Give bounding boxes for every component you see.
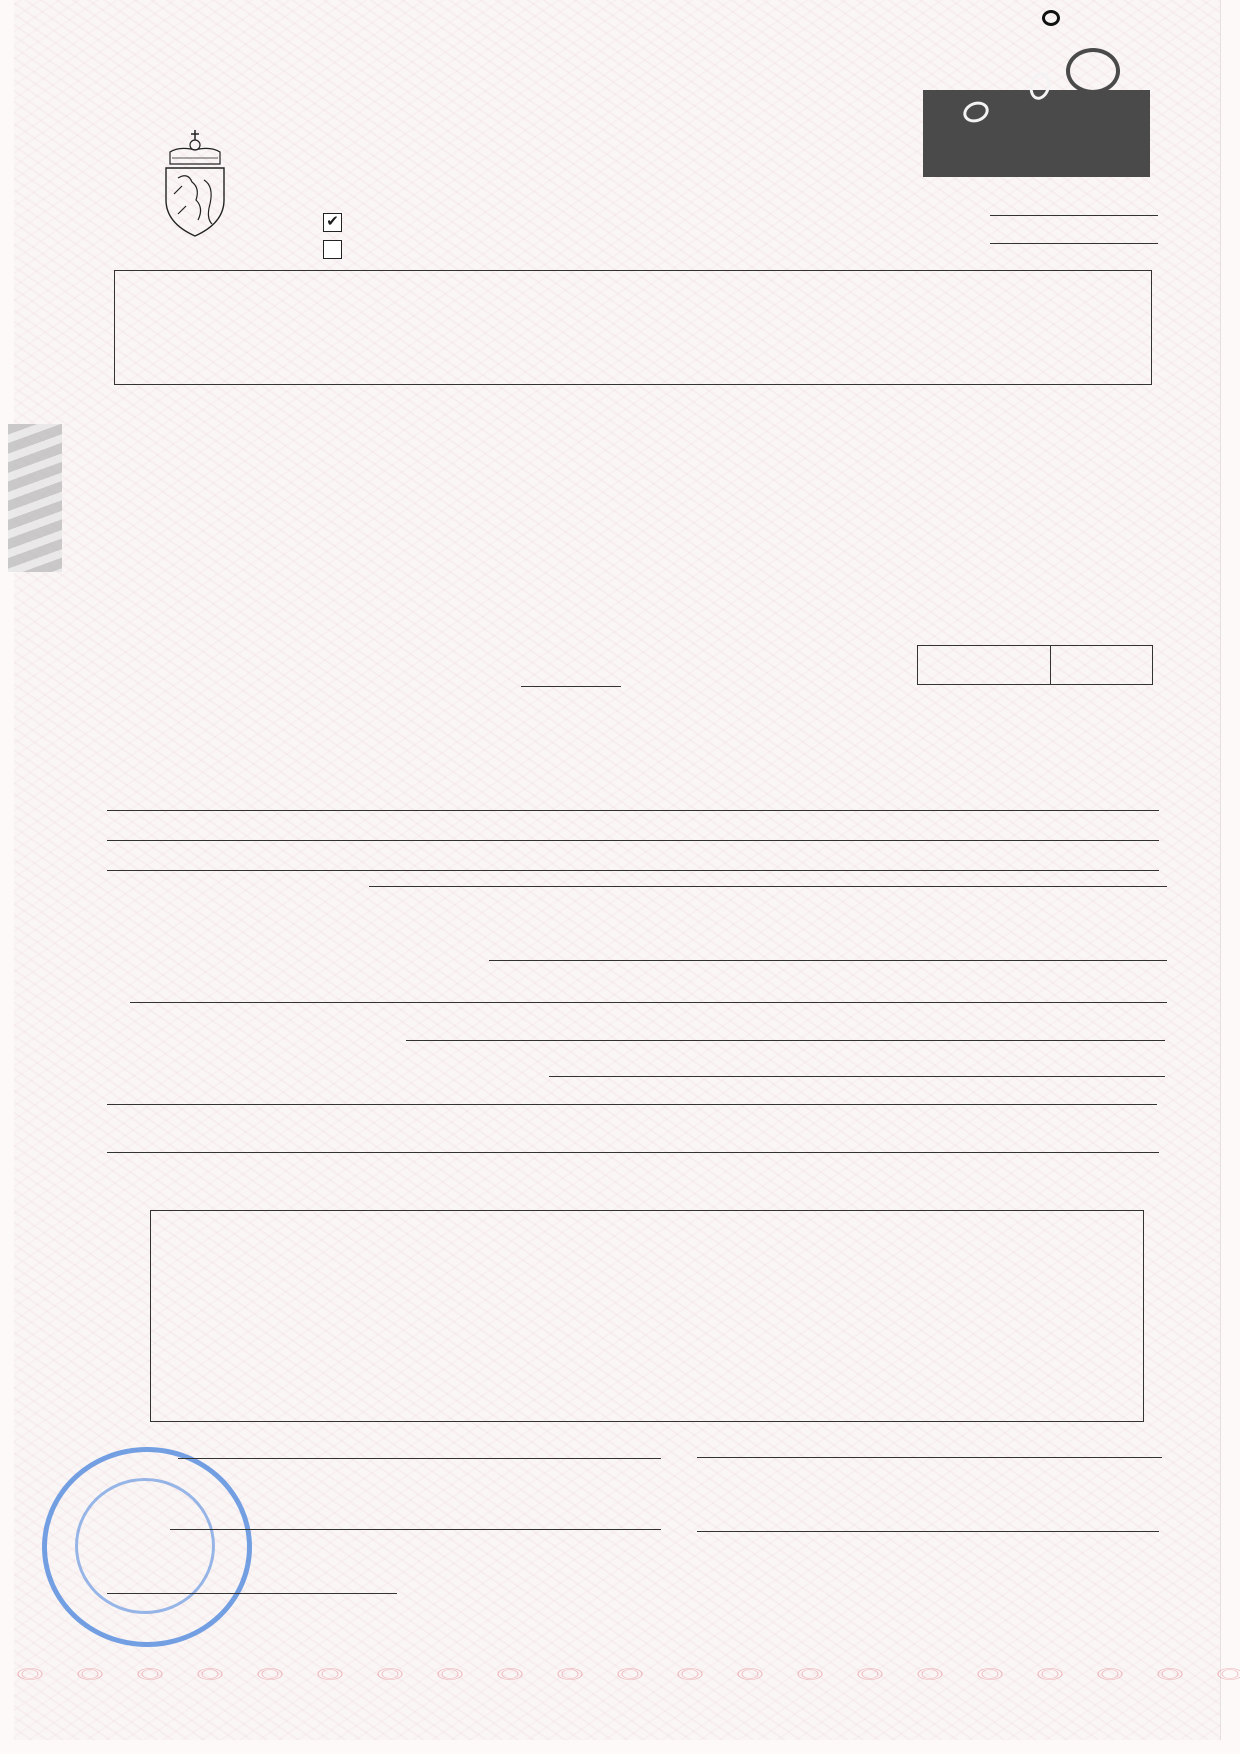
official-stamp	[42, 1447, 252, 1647]
establishment-line-1	[107, 810, 1159, 811]
place-value	[178, 1458, 661, 1459]
establishment-line-2	[107, 840, 1159, 841]
consignor-value	[369, 886, 1167, 887]
bubble-icon	[1042, 10, 1060, 26]
temperature-value	[521, 686, 621, 687]
checkbox-empty-icon[interactable]	[323, 240, 342, 259]
footnote-line	[107, 1593, 397, 1594]
establishment-line-3	[107, 870, 1159, 871]
name-line	[697, 1531, 1159, 1532]
destination-value	[130, 1002, 1167, 1003]
attestation-box	[150, 1210, 1144, 1422]
mattilsynet-logo	[923, 90, 1150, 177]
replacement-ref-value	[990, 243, 1158, 244]
ref-number-value	[990, 215, 1158, 216]
consignee-value-line-2	[107, 1104, 1157, 1105]
sum-weight	[1051, 646, 1061, 684]
checkbox-checked-icon[interactable]: ✔	[323, 213, 342, 232]
signature-line	[170, 1529, 661, 1530]
security-guilloche-border	[0, 1658, 1240, 1690]
original-option[interactable]: ✔	[323, 213, 347, 232]
transport-value	[406, 1040, 1165, 1041]
consignee-value-line-1	[549, 1076, 1165, 1077]
security-emboss-mark	[8, 424, 62, 572]
norway-coat-of-arms-icon	[160, 128, 230, 238]
authority-info-box	[114, 270, 1152, 385]
sum-packages	[918, 646, 1051, 684]
replacement-option[interactable]	[323, 240, 347, 259]
sum-box	[917, 645, 1153, 685]
dispatch-from-value	[489, 960, 1167, 961]
bubble-icon	[1066, 48, 1120, 94]
consignee-line-3	[107, 1152, 1159, 1153]
date-value	[697, 1457, 1162, 1458]
bubble-icon	[960, 98, 991, 126]
